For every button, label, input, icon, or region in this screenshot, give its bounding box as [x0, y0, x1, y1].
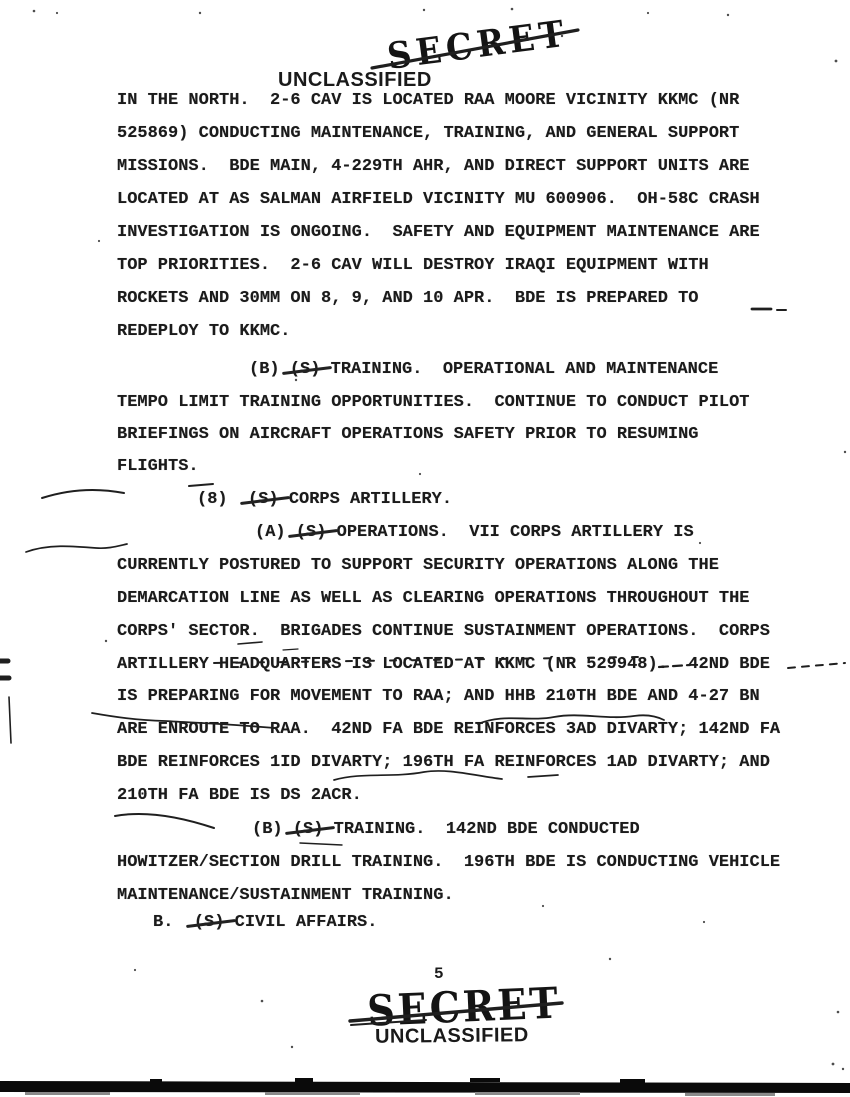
document-line: FLIGHTS.: [117, 458, 199, 475]
document-line: (8) (S) CORPS ARTILLERY.: [197, 491, 452, 508]
document-text: FLIGHTS.: [117, 457, 199, 476]
document-line: (B) (S) TRAINING. OPERATIONAL AND MAINTE…: [249, 361, 718, 378]
document-line: DEMARCATION LINE AS WELL AS CLEARING OPE…: [117, 590, 750, 607]
document-line: IS PREPARING FOR MOVEMENT TO RAA; AND HH…: [117, 688, 760, 705]
document-line: MAINTENANCE/SUSTAINMENT TRAINING.: [117, 887, 454, 904]
document-line: MISSIONS. BDE MAIN, 4-229TH AHR, AND DIR…: [117, 158, 750, 175]
document-line: B. (S) CIVIL AFFAIRS.: [153, 914, 377, 931]
document-text: B.: [153, 913, 194, 932]
document-line: HOWITZER/SECTION DRILL TRAINING. 196TH B…: [117, 854, 780, 871]
document-line: TOP PRIORITIES. 2-6 CAV WILL DESTROY IRA…: [117, 257, 709, 274]
document-text: 525869) CONDUCTING MAINTENANCE, TRAINING…: [117, 124, 739, 143]
document-text: MISSIONS. BDE MAIN, 4-229TH AHR, AND DIR…: [117, 157, 750, 176]
document-text: HOWITZER/SECTION DRILL TRAINING. 196TH B…: [117, 853, 780, 872]
document-line: 210TH FA BDE IS DS 2ACR.: [117, 787, 362, 804]
struck-classification-mark: (S): [194, 914, 225, 931]
document-text: CURRENTLY POSTURED TO SUPPORT SECURITY O…: [117, 556, 719, 575]
document-text: TOP PRIORITIES. 2-6 CAV WILL DESTROY IRA…: [117, 256, 709, 275]
document-text: ARTILLERY HEADQUARTERS IS LOCATED AT KKM…: [117, 655, 770, 674]
document-line: ARTILLERY HEADQUARTERS IS LOCATED AT KKM…: [117, 656, 770, 673]
document-text: MAINTENANCE/SUSTAINMENT TRAINING.: [117, 886, 454, 905]
document-text: BDE REINFORCES 1ID DIVARTY; 196TH FA REI…: [117, 753, 770, 772]
document-text: CORPS ARTILLERY.: [279, 490, 452, 509]
document-line: REDEPLOY TO KKMC.: [117, 323, 290, 340]
document-text: (8): [197, 490, 248, 509]
document-text: (B): [252, 820, 293, 839]
classification-label-top: UNCLASSIFIED: [278, 70, 432, 90]
document-line: CURRENTLY POSTURED TO SUPPORT SECURITY O…: [117, 557, 719, 574]
document-text: CIVIL AFFAIRS.: [224, 913, 377, 932]
document-text: TRAINING. OPERATIONAL AND MAINTENANCE: [320, 360, 718, 379]
document-text: ARE ENROUTE TO RAA. 42ND FA BDE REINFORC…: [117, 720, 780, 739]
document-line: CORPS' SECTOR. BRIGADES CONTINUE SUSTAIN…: [117, 623, 770, 640]
document-text: IN THE NORTH. 2-6 CAV IS LOCATED RAA MOO…: [117, 91, 739, 110]
document-text: TEMPO LIMIT TRAINING OPPORTUNITIES. CONT…: [117, 393, 750, 412]
document-text: (B): [249, 360, 290, 379]
document-line: LOCATED AT AS SALMAN AIRFIELD VICINITY M…: [117, 191, 760, 208]
document-line: BRIEFINGS ON AIRCRAFT OPERATIONS SAFETY …: [117, 426, 699, 443]
classification-label-bottom: UNCLASSIFIED: [375, 1025, 529, 1047]
struck-classification-mark: (S): [248, 491, 279, 508]
document-line: IN THE NORTH. 2-6 CAV IS LOCATED RAA MOO…: [117, 92, 739, 109]
document-line: ARE ENROUTE TO RAA. 42ND FA BDE REINFORC…: [117, 721, 780, 738]
document-line: (A) (S) OPERATIONS. VII CORPS ARTILLERY …: [255, 524, 694, 541]
document-line: INVESTIGATION IS ONGOING. SAFETY AND EQU…: [117, 224, 760, 241]
document-text: ROCKETS AND 30MM ON 8, 9, AND 10 APR. BD…: [117, 289, 699, 308]
document-text: 210TH FA BDE IS DS 2ACR.: [117, 786, 362, 805]
document-text: REDEPLOY TO KKMC.: [117, 322, 290, 341]
document-line: 525869) CONDUCTING MAINTENANCE, TRAINING…: [117, 125, 739, 142]
bottom-scan-bar: [0, 1078, 850, 1096]
document-text: CORPS' SECTOR. BRIGADES CONTINUE SUSTAIN…: [117, 622, 770, 641]
page-number: 5: [434, 965, 444, 983]
document-text: IS PREPARING FOR MOVEMENT TO RAA; AND HH…: [117, 687, 760, 706]
secret-stamp-top: SECRET: [376, 13, 579, 75]
document-line: ROCKETS AND 30MM ON 8, 9, AND 10 APR. BD…: [117, 290, 699, 307]
struck-classification-mark: (S): [293, 821, 324, 838]
document-text: DEMARCATION LINE AS WELL AS CLEARING OPE…: [117, 589, 750, 608]
document-text: OPERATIONS. VII CORPS ARTILLERY IS: [326, 523, 693, 542]
struck-classification-mark: (S): [290, 361, 321, 378]
struck-classification-mark: (S): [296, 524, 327, 541]
document-line: BDE REINFORCES 1ID DIVARTY; 196TH FA REI…: [117, 754, 770, 771]
document-text: TRAINING. 142ND BDE CONDUCTED: [323, 820, 639, 839]
document-text: INVESTIGATION IS ONGOING. SAFETY AND EQU…: [117, 223, 760, 242]
document-text: (A): [255, 523, 296, 542]
document-text: BRIEFINGS ON AIRCRAFT OPERATIONS SAFETY …: [117, 425, 699, 444]
document-line: TEMPO LIMIT TRAINING OPPORTUNITIES. CONT…: [117, 394, 750, 411]
document-page: SECRET UNCLASSIFIED IN THE NORTH. 2-6 CA…: [0, 0, 850, 1097]
document-line: (B) (S) TRAINING. 142ND BDE CONDUCTED: [252, 821, 640, 838]
document-text: LOCATED AT AS SALMAN AIRFIELD VICINITY M…: [117, 190, 760, 209]
